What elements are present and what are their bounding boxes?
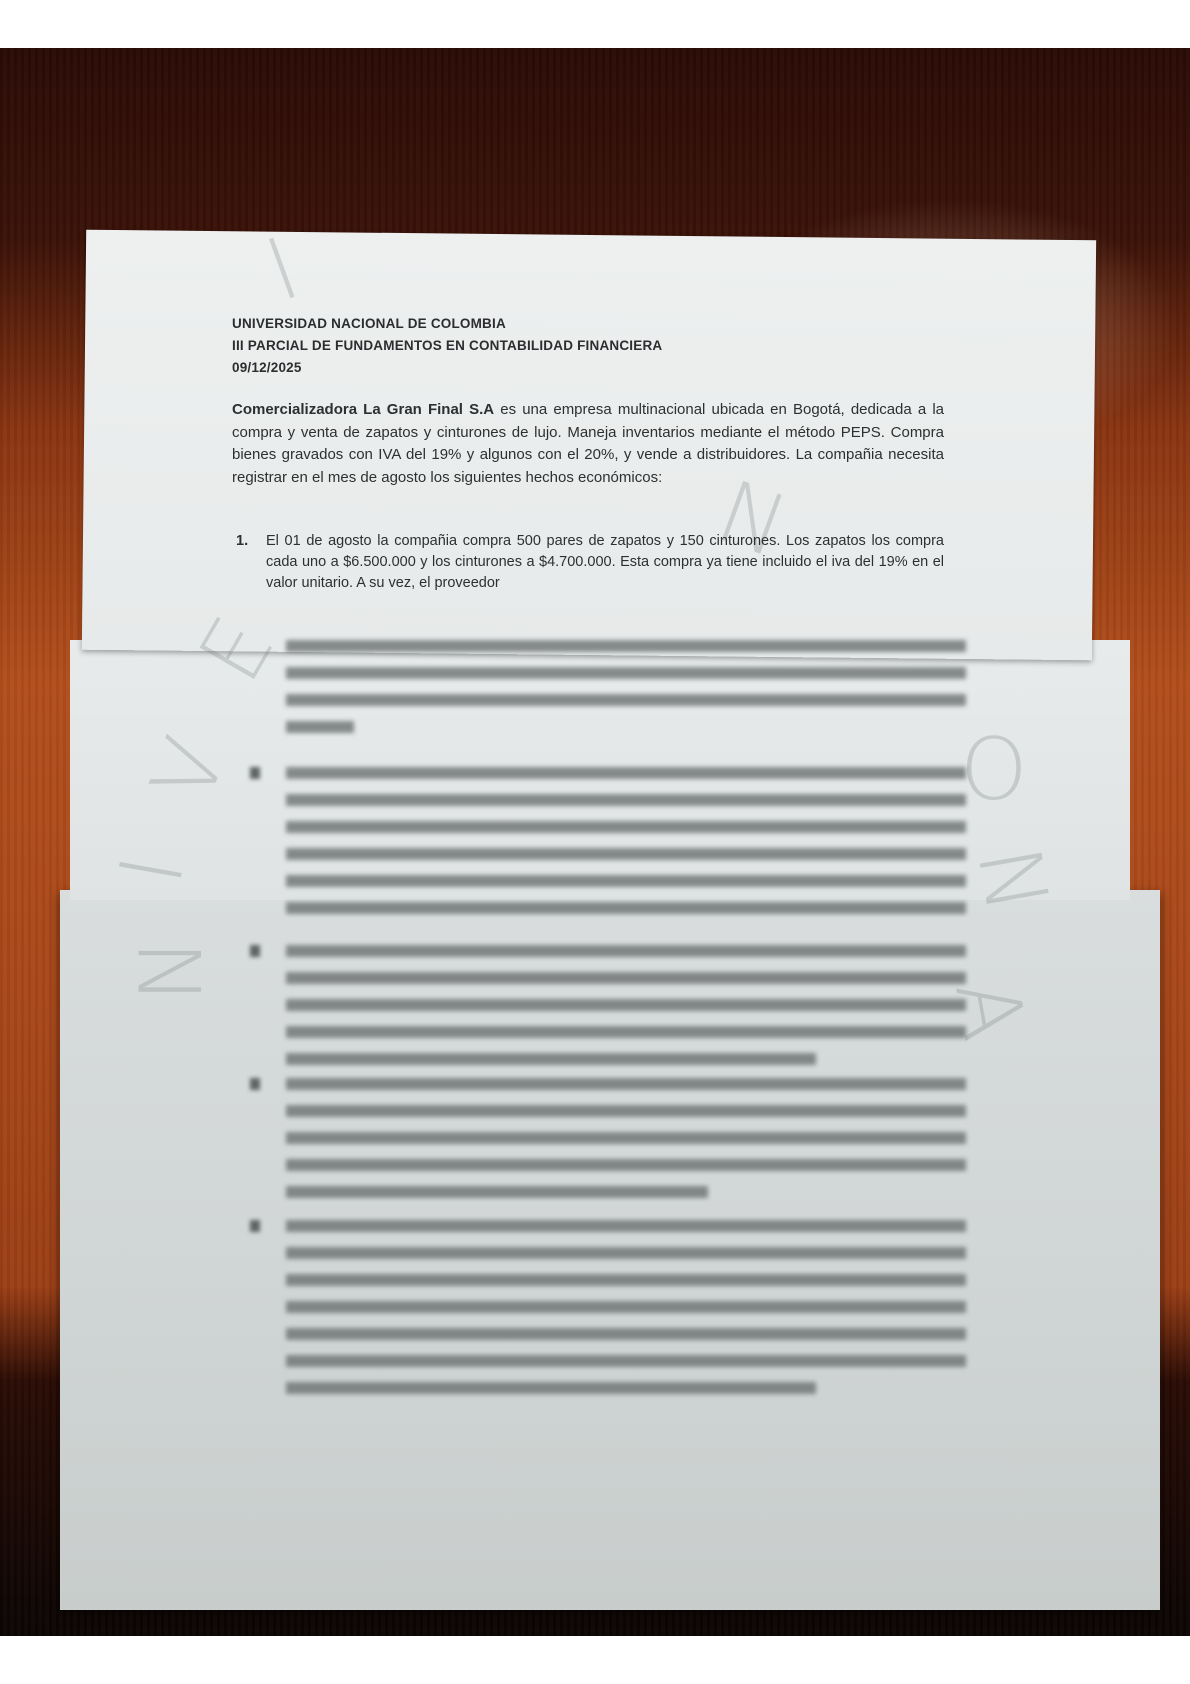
exam-title: III PARCIAL DE FUNDAMENTOS EN CONTABILID… [232,335,944,357]
blurred-item-3 [286,945,966,1080]
watermark-letter: N [122,938,222,1002]
watermark-letter: O [960,720,1028,820]
blurred-item-4 [286,1078,966,1213]
blurred-item-1-continuation [286,640,966,748]
exam-date: 09/12/2025 [232,357,944,379]
exam-document: UNIVERSIDAD NACIONAL DE COLOMBIA III PAR… [232,313,944,594]
blurred-item-2 [286,767,966,929]
list-item: 1. El 01 de agosto la compañia compra 50… [232,531,944,594]
item-number: 1. [232,531,266,594]
company-name: Comercializadora La Gran Final S.A [232,401,494,418]
blurred-item-5 [286,1220,966,1409]
item-text: El 01 de agosto la compañia compra 500 p… [266,531,944,594]
institution-name: UNIVERSIDAD NACIONAL DE COLOMBIA [232,313,944,335]
intro-paragraph: Comercializadora La Gran Final S.A es un… [232,399,944,489]
